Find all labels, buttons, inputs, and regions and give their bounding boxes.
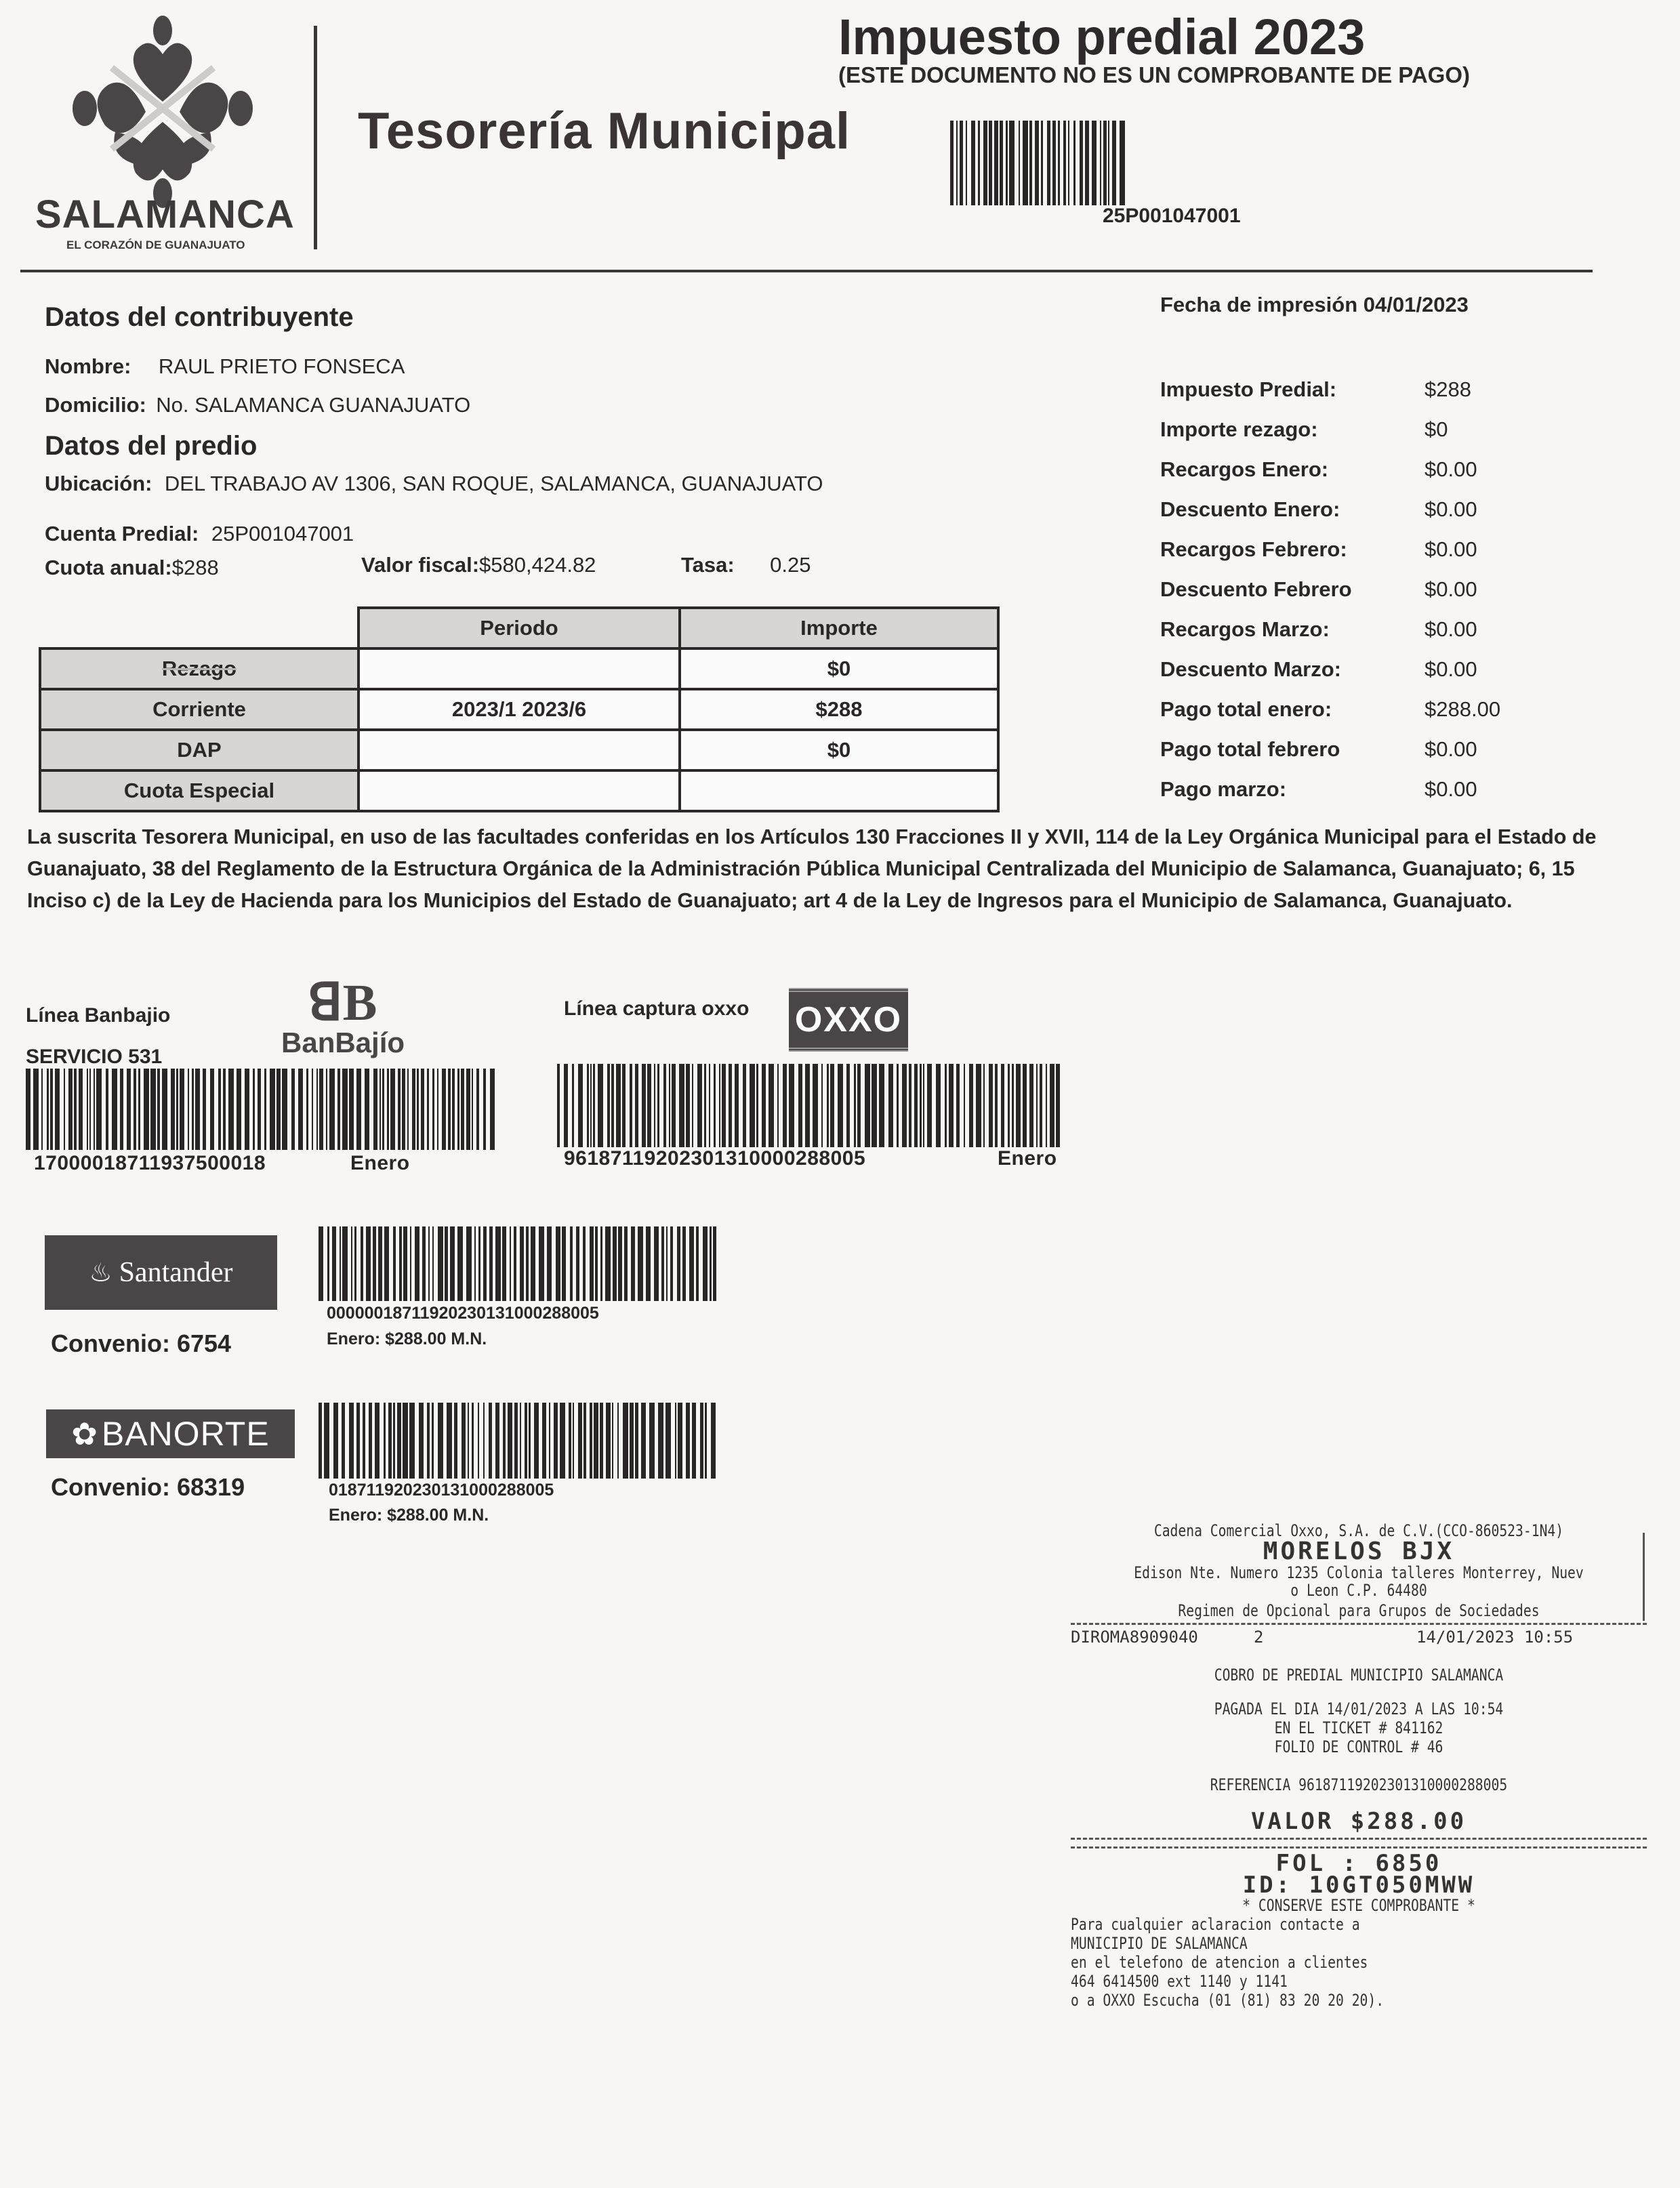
account-label: Cuenta Predial:	[45, 522, 199, 545]
summary-row: Descuento Marzo:$0.00	[1160, 649, 1500, 689]
summary-label: Pago total febrero	[1160, 737, 1425, 762]
santander-code: 00000018711920230131000288005	[327, 1304, 599, 1323]
table-row: DAP $0	[40, 730, 998, 770]
oxxo-label: Línea captura oxxo	[564, 997, 749, 1020]
print-date: Fecha de impresión 04/01/2023	[1160, 293, 1469, 317]
location-label: Ubicación:	[45, 472, 152, 495]
row-periodo: 2023/1 2023/6	[358, 689, 680, 730]
contribuyente-address: No. SALAMANCA GUANAJUATO	[156, 393, 470, 417]
banorte-code: 018711920230131000288005	[329, 1481, 554, 1500]
page-title: Impuesto predial 2023	[838, 8, 1365, 66]
receipt-cashier: DIROMA8909040	[1071, 1628, 1254, 1647]
rate-label: Tasa:	[681, 553, 735, 577]
oxxo-month: Enero	[998, 1147, 1057, 1170]
receipt-regime: Regimen de Opcional para Grupos de Socie…	[1123, 1601, 1595, 1620]
row-importe: $0	[680, 648, 998, 689]
summary-label: Pago marzo:	[1160, 777, 1425, 802]
banorte-logo: ✿ BANORTE	[46, 1409, 295, 1458]
receipt-company: Cadena Comercial Oxxo, S.A. de C.V.(CCO-…	[1123, 1521, 1595, 1540]
summary-value: $0.00	[1425, 497, 1477, 522]
receipt-help-line: o a OXXO Escucha (01 (81) 83 20 20 20).	[1071, 1991, 1543, 2010]
summary-row: Pago marzo:$0.00	[1160, 769, 1500, 809]
logo-tagline: EL CORAZÓN DE GUANAJUATO	[66, 239, 245, 252]
row-label: Rezago	[40, 648, 358, 689]
banorte-amount: Enero: $288.00 M.N.	[329, 1506, 489, 1525]
row-label: Cuota Especial	[40, 770, 358, 811]
summary-label: Recargos Enero:	[1160, 457, 1425, 482]
santander-flame-icon: ♨	[89, 1258, 112, 1288]
receipt-help-line: 464 6414500 ext 1140 y 1141	[1071, 1972, 1543, 1991]
summary-value: $0.00	[1425, 577, 1477, 602]
receipt-address-1: Edison Nte. Numero 1235 Colonia talleres…	[1123, 1563, 1595, 1582]
contribuyente-name-row: Nombre: RAUL PRIETO FONSECA	[45, 354, 405, 379]
summary-value: $288	[1425, 377, 1471, 402]
salamanca-emblem-icon	[41, 10, 312, 213]
banorte-logo-text: BANORTE	[102, 1414, 270, 1453]
summary-label: Pago total enero:	[1160, 697, 1425, 722]
banbajio-service: SERVICIO 531	[26, 1046, 162, 1069]
receipt-value: VALOR $288.00	[1071, 1808, 1647, 1835]
rate-value: 0.25	[770, 553, 811, 577]
predio-heading: Datos del predio	[45, 431, 257, 461]
predio-location: DEL TRABAJO AV 1306, SAN ROQUE, SALAMANC…	[165, 472, 823, 495]
oxxo-logo-text: OXXO	[795, 999, 902, 1040]
banbajio-logo-text: BanBajío	[281, 1027, 403, 1059]
column-header-importe: Importe	[680, 608, 998, 648]
receipt-store: MORELOS BJX	[1071, 1540, 1647, 1563]
receipt-address-2: o Leon C.P. 64480	[1123, 1581, 1595, 1600]
logo-city-name: SALAMANCA	[35, 192, 295, 237]
header-divider	[314, 26, 317, 249]
contribuyente-address-row: Domicilio: No. SALAMANCA GUANAJUATO	[45, 393, 470, 417]
receipt-divider	[1071, 1838, 1647, 1844]
summary-value: $0.00	[1425, 777, 1477, 802]
summary-row: Recargos Febrero:$0.00	[1160, 529, 1500, 569]
annual-fee-value: $288	[172, 556, 219, 579]
receipt-id: ID: 10GT050MWW	[1071, 1874, 1647, 1896]
oxxo-code: 96187119202301310000288005	[564, 1147, 865, 1170]
oxxo-logo: OXXO	[789, 988, 908, 1052]
banorte-convenio: Convenio: 68319	[51, 1473, 245, 1502]
summary-label: Descuento Marzo:	[1160, 657, 1425, 682]
banbajio-logo: ꓭB BanBajío	[281, 979, 403, 1059]
department-name: Tesorería Municipal	[358, 102, 851, 161]
receipt-register: 2	[1254, 1628, 1416, 1647]
summary-row: Importe rezago:$0	[1160, 409, 1500, 449]
summary-label: Impuesto Predial:	[1160, 377, 1425, 402]
receipt-help-line: Para cualquier aclaracion contacte a	[1071, 1915, 1543, 1934]
banbajio-code: 17000018711937500018	[34, 1152, 266, 1175]
row-periodo	[358, 730, 680, 770]
payment-summary: Impuesto Predial:$288 Importe rezago:$0 …	[1160, 369, 1500, 809]
receipt-keep-notice: * CONSERVE ESTE COMPROBANTE *	[1123, 1896, 1595, 1915]
table-row: Rezago $0	[40, 648, 998, 689]
name-label: Nombre:	[45, 354, 131, 378]
summary-value: $0.00	[1425, 737, 1477, 762]
banbajio-barcode	[26, 1069, 500, 1150]
summary-value: $288.00	[1425, 697, 1500, 722]
banorte-flower-icon: ✿	[71, 1416, 98, 1452]
annual-fee-row: Cuota anual:$288	[45, 556, 219, 580]
summary-value: $0.00	[1425, 657, 1477, 682]
tax-table: Periodo Importe Rezago $0 Corriente 2023…	[39, 606, 1000, 812]
banbajio-label: Línea Banbajio	[26, 1004, 170, 1027]
santander-logo-text: Santander	[119, 1256, 233, 1289]
oxxo-barcode	[557, 1064, 1065, 1147]
summary-label: Descuento Febrero	[1160, 577, 1425, 602]
row-label: Corriente	[40, 689, 358, 730]
fiscal-value-label: Valor fiscal:	[361, 553, 479, 577]
receipt-datetime: 14/01/2023 10:55	[1416, 1628, 1573, 1647]
santander-logo: ♨ Santander	[45, 1235, 277, 1310]
santander-amount: Enero: $288.00 M.N.	[327, 1329, 487, 1349]
fiscal-value-row: Valor fiscal:$580,424.82	[361, 553, 596, 577]
summary-row: Recargos Enero:$0.00	[1160, 449, 1500, 489]
receipt-ticket-line: EN EL TICKET # 841162	[1123, 1718, 1595, 1737]
summary-row: Impuesto Predial:$288	[1160, 369, 1500, 409]
receipt-concept: COBRO DE PREDIAL MUNICIPIO SALAMANCA	[1123, 1666, 1595, 1685]
summary-row: Pago total febrero$0.00	[1160, 729, 1500, 769]
oxxo-receipt: Cadena Comercial Oxxo, S.A. de C.V.(CCO-…	[1071, 1521, 1647, 2010]
table-row: Cuota Especial	[40, 770, 998, 811]
rate-row: Tasa: 0.25	[681, 553, 811, 577]
table-row: Corriente 2023/1 2023/6 $288	[40, 689, 998, 730]
row-periodo	[358, 648, 680, 689]
receipt-help-line: MUNICIPIO DE SALAMANCA	[1071, 1934, 1543, 1953]
receipt-folio-control: FOLIO DE CONTROL # 46	[1123, 1737, 1595, 1756]
summary-value: $0.00	[1425, 537, 1477, 562]
summary-label: Importe rezago:	[1160, 417, 1425, 442]
summary-value: $0	[1425, 417, 1448, 442]
receipt-meta-row: DIROMA8909040 2 14/01/2023 10:55	[1071, 1628, 1647, 1647]
predio-account: 25P001047001	[211, 522, 354, 545]
santander-barcode	[319, 1226, 718, 1301]
summary-row: Descuento Febrero$0.00	[1160, 569, 1500, 609]
contribuyente-heading: Datos del contribuyente	[45, 302, 354, 333]
row-importe: $288	[680, 689, 998, 730]
summary-row: Descuento Enero:$0.00	[1160, 489, 1500, 529]
row-importe: $0	[680, 730, 998, 770]
annual-fee-label: Cuota anual:	[45, 556, 172, 579]
address-label: Domicilio:	[45, 393, 146, 417]
summary-label: Descuento Enero:	[1160, 497, 1425, 522]
receipt-reference: REFERENCIA 96187119202301310000288005	[1123, 1775, 1595, 1794]
header-rule	[20, 270, 1593, 272]
summary-value: $0.00	[1425, 617, 1477, 642]
row-periodo	[358, 770, 680, 811]
salamanca-logo: SALAMANCA EL CORAZÓN DE GUANAJUATO	[41, 10, 312, 254]
contribuyente-name: RAUL PRIETO FONSECA	[159, 354, 405, 378]
receipt-paid-line: PAGADA EL DIA 14/01/2023 A LAS 10:54	[1123, 1699, 1595, 1718]
account-barcode	[950, 121, 1130, 205]
predio-account-row: Cuenta Predial: 25P001047001	[45, 522, 354, 546]
row-importe	[680, 770, 998, 811]
banbajio-bb-icon: ꓭB	[281, 979, 403, 1027]
legal-text: La suscrita Tesorera Municipal, en uso d…	[27, 821, 1613, 917]
document-disclaimer: (ESTE DOCUMENTO NO ES UN COMPROBANTE DE …	[838, 62, 1470, 88]
column-header-periodo: Periodo	[358, 608, 680, 648]
row-label: DAP	[40, 730, 358, 770]
summary-value: $0.00	[1425, 457, 1477, 482]
receipt-help-line: en el telefono de atencion a clientes	[1071, 1953, 1543, 1972]
banbajio-month: Enero	[350, 1152, 410, 1175]
santander-convenio: Convenio: 6754	[51, 1329, 231, 1358]
fiscal-value: $580,424.82	[479, 553, 596, 577]
predio-location-row: Ubicación: DEL TRABAJO AV 1306, SAN ROQU…	[45, 472, 823, 496]
summary-label: Recargos Febrero:	[1160, 537, 1425, 562]
summary-label: Recargos Marzo:	[1160, 617, 1425, 642]
summary-row: Pago total enero:$288.00	[1160, 689, 1500, 729]
summary-row: Recargos Marzo:$0.00	[1160, 609, 1500, 649]
banorte-barcode	[319, 1403, 718, 1479]
receipt-edge-mark	[1643, 1533, 1645, 1621]
account-barcode-number: 25P001047001	[1103, 205, 1241, 228]
